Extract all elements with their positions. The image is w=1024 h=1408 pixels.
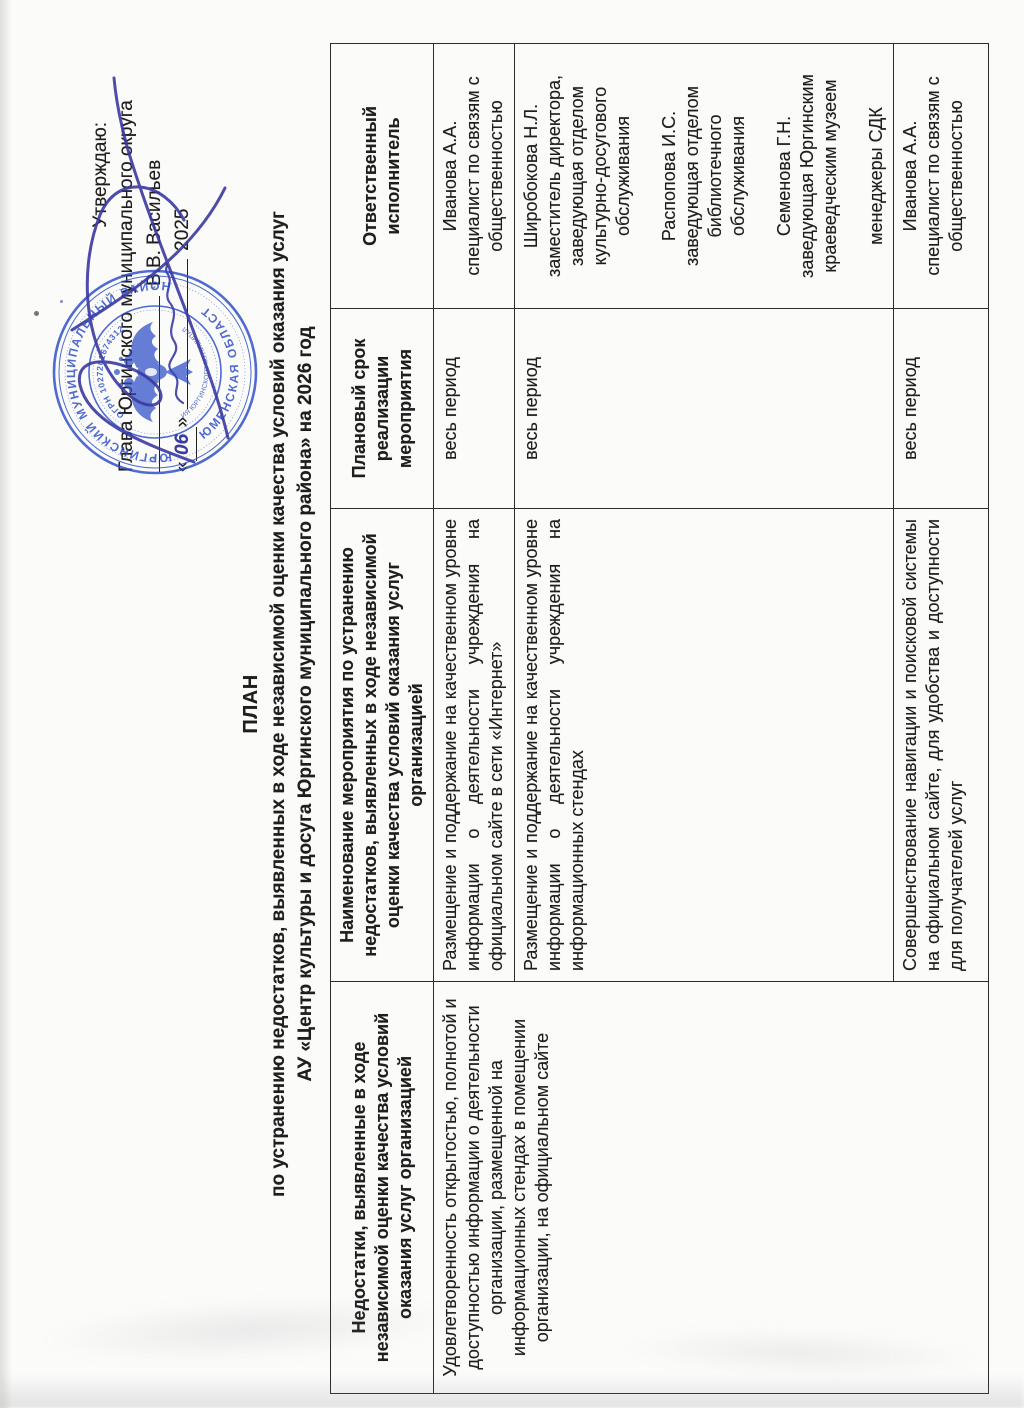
header-activities: Наименование мероприятия по устранению н… — [331, 509, 434, 982]
responsible-role: заведующая Юргинским краеведческим музее… — [796, 54, 842, 298]
coat-of-arms-eagle-icon — [114, 322, 193, 422]
responsible-entry: Широбокова Н.Л. заместитель директора, з… — [520, 54, 635, 298]
table-row: Удовлетворенность открытостью, полнотой … — [434, 44, 515, 1394]
landscape-page-content: Утверждаю: Глава Юргинского муниципально… — [0, 0, 1024, 1408]
responsible-role: специалист по связям с общественностью — [462, 54, 508, 298]
plan-table-container: Недостатки, выявленные в ходе независимо… — [330, 44, 989, 1394]
activity-cell: Совершенствование навигации и поисковой … — [894, 509, 989, 982]
approval-year: 2025 — [172, 209, 193, 251]
official-round-stamp: ЮРГИНСКИЙ МУНИЦИПАЛЬНЫЙ РАЙОН ТЮМЕНСКАЯ … — [45, 262, 265, 482]
table-header-row: Недостатки, выявленные в ходе независимо… — [331, 44, 434, 1394]
responsible-name: Иванова А.А. — [439, 54, 462, 298]
title-line-3: АУ «Центр культуры и досуга Юргинского м… — [292, 0, 319, 1408]
responsible-name: менеджеры СДК — [865, 54, 888, 298]
responsible-entry: Семенова Г.Н. заведующая Юргинским краев… — [773, 54, 842, 298]
responsible-role: заместитель директора, заведующая отдело… — [543, 54, 635, 298]
scan-speck — [60, 300, 63, 303]
activity-cell: Размещение и поддержание на качественном… — [515, 509, 894, 982]
term-cell: весь период — [515, 309, 894, 509]
scan-speck — [34, 311, 39, 316]
responsible-entry: Иванова А.А. специалист по связям с обще… — [899, 54, 968, 298]
term-cell: весь период — [894, 309, 989, 509]
responsible-name: Семенова Г.Н. — [773, 54, 796, 298]
document-title: ПЛАН по устранению недостатков, выявленн… — [238, 0, 319, 1408]
header-responsible: Ответственный исполнитель — [331, 44, 434, 309]
responsible-cell: Иванова А.А. специалист по связям с обще… — [894, 44, 989, 309]
stamp-star-left: * — [151, 456, 161, 460]
stamp-star-right: * — [151, 285, 161, 289]
responsible-entry: менеджеры СДК — [865, 54, 888, 298]
responsible-entry: Иванова А.А. специалист по связям с обще… — [439, 54, 508, 298]
responsible-role: специалист по связям с общественностью — [922, 54, 968, 298]
responsible-entry: Распопова И.С. заведующая отделом библио… — [658, 54, 750, 298]
header-term: Плановый срок реализации мероприятия — [331, 309, 434, 509]
responsible-role: заведующая отделом библиотечного обслужи… — [681, 54, 750, 298]
plan-table: Недостатки, выявленные в ходе независимо… — [330, 43, 989, 1394]
responsible-name: Иванова А.А. — [899, 54, 922, 298]
scanner-bottom-shadow — [0, 1374, 1024, 1408]
responsible-cell: Широбокова Н.Л. заместитель директора, з… — [515, 44, 894, 309]
scanned-document-page: Утверждаю: Глава Юргинского муниципально… — [0, 0, 1024, 1408]
activity-cell: Размещение и поддержание на качественном… — [434, 509, 515, 982]
title-line-2: по устранению недостатков, выявленных в … — [265, 0, 292, 1408]
scanner-edge-shadow — [0, 0, 12, 1408]
responsible-name: Распопова И.С. — [658, 54, 681, 298]
term-cell: весь период — [434, 309, 515, 509]
title-word-plan: ПЛАН — [238, 0, 265, 1408]
responsible-cell: Иванова А.А. специалист по связям с обще… — [434, 44, 515, 309]
responsible-name: Широбокова Н.Л. — [520, 54, 543, 298]
